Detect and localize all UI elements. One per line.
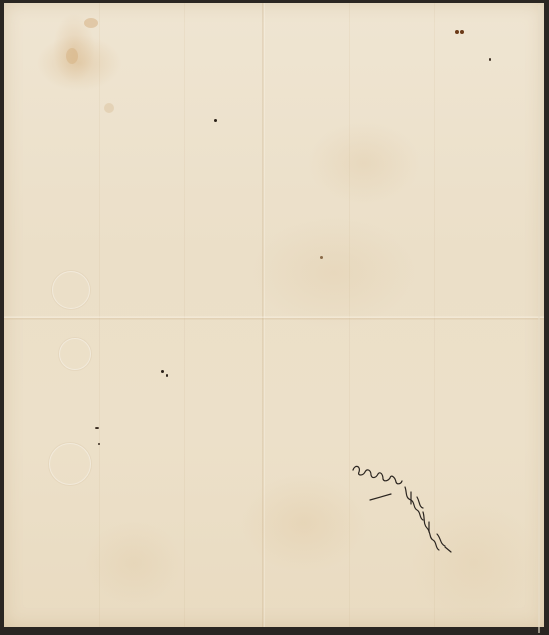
ink-spot [460,30,464,34]
stain-speck [320,256,323,259]
handwriting-strokes [345,452,465,562]
chain-line [99,3,100,627]
foxing-stain [84,18,98,28]
ink-speck [95,427,99,429]
chain-line [184,3,185,627]
paper-edge [538,5,540,633]
foxing-stain [104,103,114,113]
horizontal-fold-line [4,316,544,320]
handwritten-endorsement: [illegible handwritten endorsement] [345,452,465,562]
ink-speck [214,119,217,122]
ink-speck [489,58,491,61]
vertical-fold-line [262,3,265,627]
ink-speck [98,443,100,445]
foxing-stain [66,48,78,64]
ink-speck [166,374,168,377]
ink-spot [455,30,459,34]
ink-speck [161,370,164,373]
embossed-mark [52,271,90,309]
embossed-mark [59,338,91,370]
embossed-mark [49,443,91,485]
scanned-document: [illegible handwritten endorsement] [0,0,549,635]
